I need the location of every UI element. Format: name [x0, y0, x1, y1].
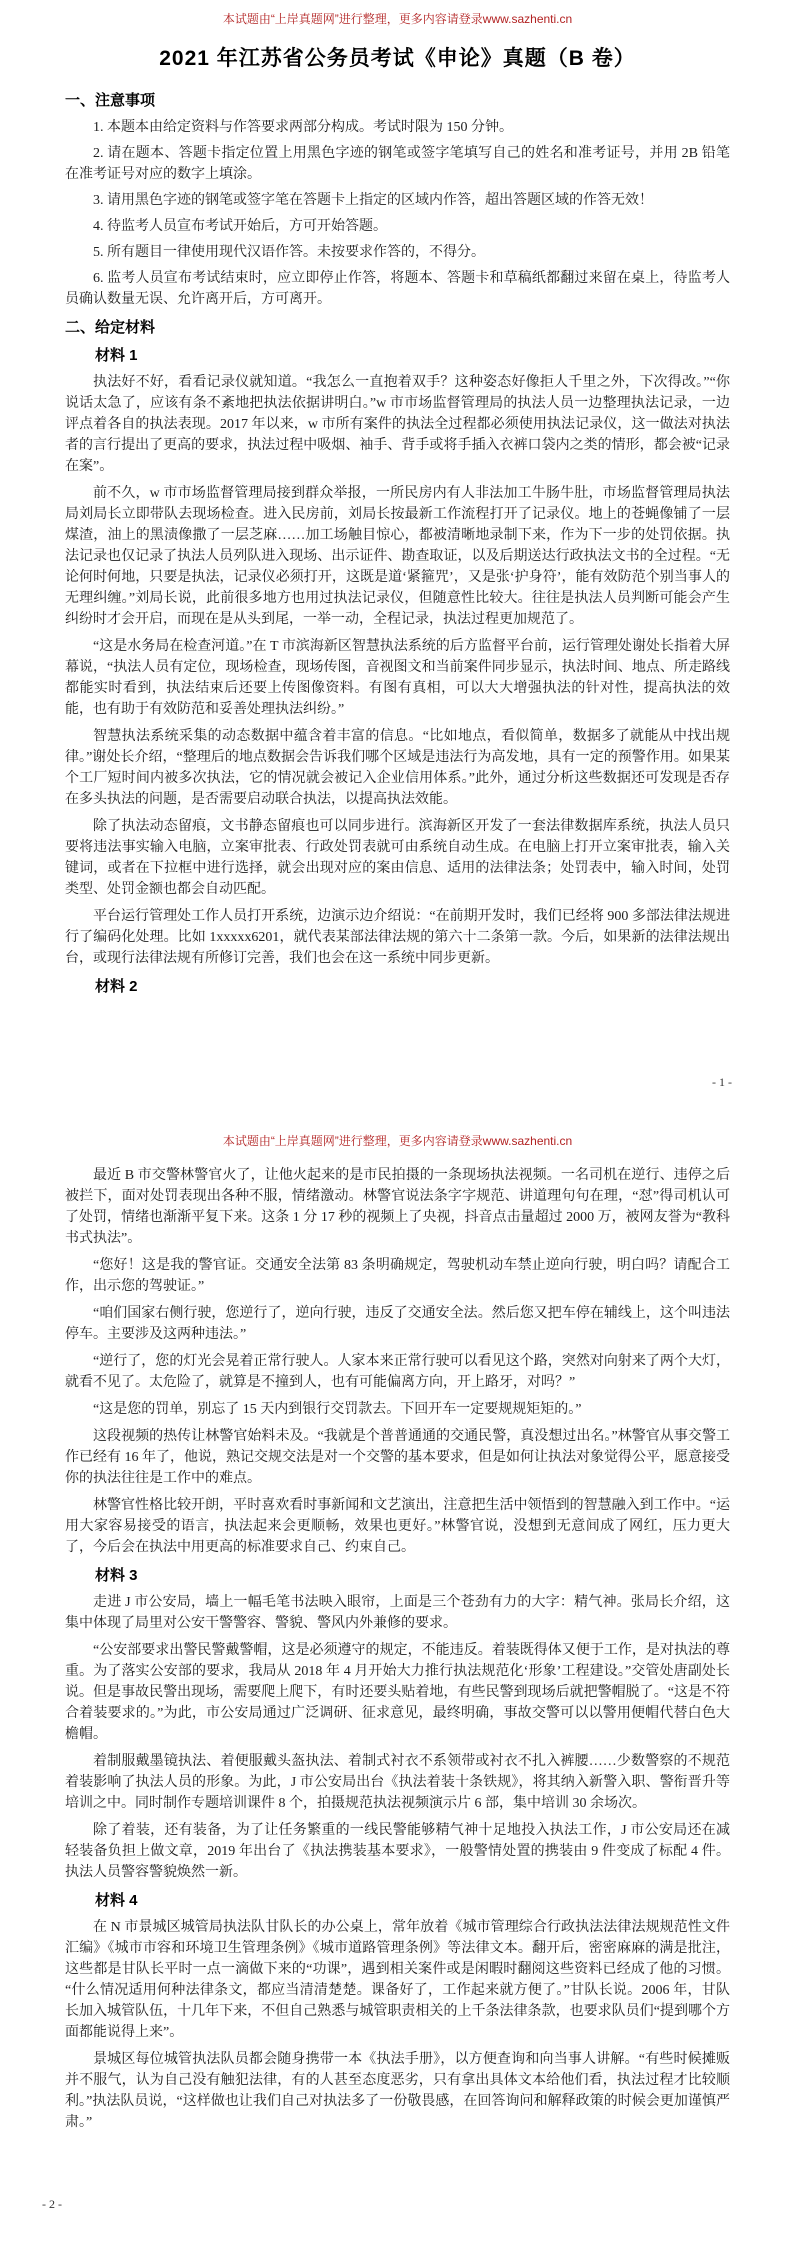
notice-item-6: 6. 监考人员宣布考试结束时，应立即停止作答，将题本、答题卡和草稿纸都翻过来留在…	[65, 268, 730, 310]
material3-paragraph: “公安部要求出警民警戴警帽，这是必须遵守的规定，不能违反。着装既得体又便于工作，…	[65, 1640, 730, 1745]
material1-paragraph: 除了执法动态留痕，文书静态留痕也可以同步进行。滨海新区开发了一套法律数据库系统，…	[65, 816, 730, 900]
material2-paragraph: 这段视频的热传让林警官始料未及。“我就是个普普通通的交通民警，真没想过出名。”林…	[65, 1426, 730, 1489]
material1-paragraph: 前不久，w 市市场监督管理局接到群众举报，一所民房内有人非法加工牛肠牛肚，市场监…	[65, 483, 730, 630]
notice-item-4: 4. 待监考人员宣布考试开始后，方可开始答题。	[65, 216, 730, 237]
material3-paragraph: 走进 J 市公安局，墙上一幅毛笔书法映入眼帘，上面是三个苍劲有力的大字：精气神。…	[65, 1592, 730, 1634]
exam-document: 本试题由“上岸真题网”进行整理，更多内容请登录www.sazhenti.cn 2…	[0, 0, 794, 2244]
material2-paragraph: “咱们国家右侧行驶，您逆行了，逆向行驶，违反了交通安全法。然后您又把车停在辅线上…	[65, 1303, 730, 1345]
watermark-header: 本试题由“上岸真题网”进行整理，更多内容请登录www.sazhenti.cn	[65, 12, 730, 27]
exam-title: 2021 年江苏省公务员考试《申论》真题（B 卷）	[65, 45, 730, 73]
material1-paragraph: 执法好不好，看看记录仪就知道。“我怎么一直抱着双手？这种姿态好像拒人千里之外，下…	[65, 372, 730, 477]
material4-paragraph: 在 N 市景城区城管局执法队甘队长的办公桌上，常年放着《城市管理综合行政执法法律…	[65, 1917, 730, 2043]
page-1: 本试题由“上岸真题网”进行整理，更多内容请登录www.sazhenti.cn 2…	[0, 0, 794, 1122]
material4-paragraph: 景城区每位城管执法队员都会随身携带一本《执法手册》，以方便查询和向当事人讲解。“…	[65, 2049, 730, 2133]
notice-item-5: 5. 所有题目一律使用现代汉语作答。未按要求作答的，不得分。	[65, 242, 730, 263]
material2-paragraph: “这是您的罚单，别忘了 15 天内到银行交罚款去。下回开车一定要规规矩矩的。”	[65, 1399, 730, 1420]
notice-item-1: 1. 本题本由给定资料与作答要求两部分构成。考试时限为 150 分钟。	[65, 117, 730, 138]
material2-paragraph: 最近 B 市交警林警官火了，让他火起来的是市民拍摄的一条现场执法视频。一名司机在…	[65, 1165, 730, 1249]
materials-heading: 二、给定材料	[65, 318, 730, 338]
material4-heading: 材料 4	[65, 1891, 730, 1911]
material1-paragraph: 智慧执法系统采集的动态数据中蕴含着丰富的信息。“比如地点，看似简单，数据多了就能…	[65, 726, 730, 810]
material1-paragraph: 平台运行管理处工作人员打开系统，边演示边介绍说：“在前期开发时，我们已经将 90…	[65, 906, 730, 969]
material1-paragraph: “这是水务局在检查河道。”在 T 市滨海新区智慧执法系统的后方监督平台前，运行管…	[65, 636, 730, 720]
notice-item-2: 2. 请在题本、答题卡指定位置上用黑色字迹的钢笔或签字笔填写自己的姓名和准考证号…	[65, 143, 730, 185]
page-number-1: - 1 -	[712, 1075, 732, 1090]
notice-heading: 一、注意事项	[65, 91, 730, 111]
page-number-2: - 2 -	[42, 2197, 62, 2212]
material2-paragraph: “您好！这是我的警官证。交通安全法第 83 条明确规定，驾驶机动车禁止逆向行驶，…	[65, 1255, 730, 1297]
material3-heading: 材料 3	[65, 1566, 730, 1586]
page-2: 本试题由“上岸真题网”进行整理，更多内容请登录www.sazhenti.cn 最…	[0, 1122, 794, 2244]
watermark-header: 本试题由“上岸真题网”进行整理，更多内容请登录www.sazhenti.cn	[65, 1134, 730, 1149]
material3-paragraph: 着制服戴墨镜执法、着便服戴头盔执法、着制式衬衣不系领带或衬衣不扎入裤腰……少数警…	[65, 1751, 730, 1814]
material1-heading: 材料 1	[65, 346, 730, 366]
notice-item-3: 3. 请用黑色字迹的钢笔或签字笔在答题卡上指定的区域内作答，超出答题区域的作答无…	[65, 190, 730, 211]
material3-paragraph: 除了着装，还有装备，为了让任务繁重的一线民警能够精气神十足地投入执法工作，J 市…	[65, 1820, 730, 1883]
material2-paragraph: “逆行了，您的灯光会晃着正常行驶人。人家本来正常行驶可以看见这个路，突然对向射来…	[65, 1351, 730, 1393]
material2-heading: 材料 2	[65, 977, 730, 997]
material2-paragraph: 林警官性格比较开朗，平时喜欢看时事新闻和文艺演出，注意把生活中领悟到的智慧融入到…	[65, 1495, 730, 1558]
